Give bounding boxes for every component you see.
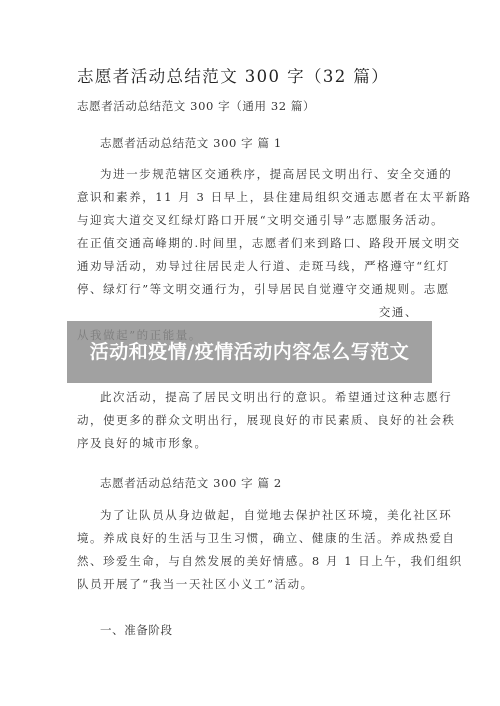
document-title: 志愿者活动总结范文 300 字（32 篇） (77, 63, 389, 87)
paragraph-line: 通劝导活动，劝导过往居民走人行道、走斑马线，严格遵守“红灯 (77, 255, 422, 278)
paragraph-line: 然、珍爱生命，与自然发展的美好情感。8 月 1 日上午，我们组织 (77, 550, 422, 573)
banner-title[interactable]: 活动和疫情/疫情活动内容怎么写范文 (80, 340, 420, 364)
paragraph-line: 境。养成良好的生活与卫生习惯，确立、健康的生活。养成热爱自 (77, 527, 422, 550)
paragraph-line: 停、绿灯行”等文明交通行为，引导居民自觉遵守交通规则。志愿 (77, 278, 422, 301)
paragraph-line: 意识和素养，11 月 3 日早上，县住建局组织交通志愿者在太平新路 (77, 186, 422, 209)
subheading-preparation: 一、准备阶段 (100, 622, 173, 638)
paragraph-line: 与迎宾大道交叉红绿灯路口开展“文明交通引导”志愿服务活动。 (77, 209, 422, 232)
document-subtitle: 志愿者活动总结范文 300 字（通用 32 篇） (77, 98, 315, 114)
paragraph-1: 为进一步规范辖区交通秩序，提高居民文明出行、安全交通的 意识和素养，11 月 3… (77, 163, 422, 347)
paragraph-3: 为了让队员从身边做起，自觉地去保护社区环境，美化社区环 境。养成良好的生活与卫生… (77, 504, 422, 596)
paragraph-line: 为了让队员从身边做起，自觉地去保护社区环境，美化社区环 (77, 504, 422, 527)
paragraph-2: 此次活动，提高了居民文明出行的意识。希望通过这种志愿行 动，使更多的群众文明出行… (77, 386, 422, 455)
paragraph-line: 在正值交通高峰期的.时间里，志愿者们来到路口、路段开展文明交 (77, 232, 422, 255)
section-heading-2: 志愿者活动总结范文 300 字 篇 2 (100, 475, 282, 491)
paragraph-line: 为进一步规范辖区交通秩序，提高居民文明出行、安全交通的 (77, 163, 422, 186)
title-overlay-banner[interactable]: 活动和疫情/疫情活动内容怎么写范文 (67, 321, 432, 383)
paragraph-line-fragment: 交通、 (379, 305, 418, 319)
section-heading-1: 志愿者活动总结范文 300 字 篇 1 (100, 135, 282, 151)
paragraph-line: 序及良好的城市形象。 (77, 432, 422, 455)
paragraph-line: 此次活动，提高了居民文明出行的意识。希望通过这种志愿行 (77, 386, 422, 409)
paragraph-line: 队员开展了“我当一天社区小义工”活动。 (77, 573, 422, 596)
paragraph-line: 动，使更多的群众文明出行，展现良好的市民素质、良好的社会秩 (77, 409, 422, 432)
document-page: 志愿者活动总结范文 300 字（32 篇） 志愿者活动总结范文 300 字（通用… (0, 0, 500, 706)
